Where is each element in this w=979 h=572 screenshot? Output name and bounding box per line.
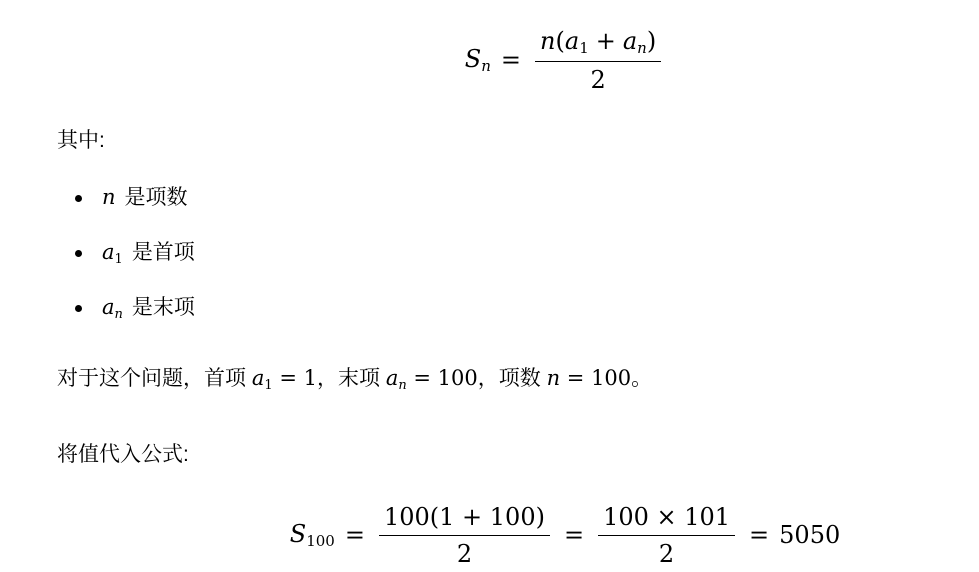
given-text-3: ，项数 xyxy=(478,367,547,390)
definitions-list: n是项数 a1是首项 an是末项 xyxy=(0,186,979,318)
bullet-text: 是项数 xyxy=(125,186,188,209)
math-var: a xyxy=(102,295,115,319)
bullet-icon xyxy=(75,195,82,202)
fraction-1: 100(1 + 100) 2 xyxy=(379,503,550,568)
fraction-2-denominator: 2 xyxy=(659,536,674,568)
fraction-2: 100 × 101 2 xyxy=(598,503,735,568)
math-value-1: = 1 xyxy=(273,366,317,390)
fraction-numerator: n(a1+an) xyxy=(535,27,661,62)
open-paren: ( xyxy=(556,27,565,55)
math-S: S xyxy=(465,45,481,73)
math-value-2: = 100 xyxy=(407,366,478,390)
math-var: a xyxy=(102,240,115,264)
given-text-2: ，末项 xyxy=(317,367,386,390)
equals-sign-3: = xyxy=(749,521,769,549)
bullet-text: 是首项 xyxy=(132,241,195,264)
fraction-1-numerator: 100(1 + 100) xyxy=(379,503,550,536)
math-result: 5050 xyxy=(779,521,840,549)
math-var: n xyxy=(102,185,116,209)
math-S-subscript: n xyxy=(481,57,491,75)
math-a-subscript-1: 1 xyxy=(264,378,272,393)
math-lhs: Sn xyxy=(465,45,491,75)
math-var-subscript: n xyxy=(115,307,123,322)
math-a-subscript-1: 1 xyxy=(579,39,589,57)
given-statement: 对于这个问题，首项 a1 = 1，末项 an = 100，项数 n = 100。 xyxy=(57,365,979,399)
math-n: n xyxy=(547,366,561,390)
fraction-1-denominator: 2 xyxy=(457,536,472,568)
given-text-1: 对于这个问题，首项 xyxy=(57,367,252,390)
math-lhs: S100 xyxy=(290,520,335,550)
math-value-3: = 100 xyxy=(560,366,631,390)
document: Sn = n(a1+an) 2 其中: n是项数 a1是首项 an是末项 对于这… xyxy=(0,25,979,571)
bullet-text: 是末项 xyxy=(132,296,195,319)
equals-sign-1: = xyxy=(345,521,365,549)
math-a2: a xyxy=(623,27,637,55)
math-n: n xyxy=(540,27,555,55)
math-a-subscript-n: n xyxy=(398,378,406,393)
close-paren: ) xyxy=(647,27,656,55)
substitute-label: 将值代入公式: xyxy=(57,444,979,466)
plus-sign: + xyxy=(596,27,616,55)
math-S-subscript-100: 100 xyxy=(306,532,335,550)
math-a: a xyxy=(252,366,265,390)
bullet-icon xyxy=(75,250,82,257)
math-var-subscript: 1 xyxy=(115,252,123,267)
fraction-denominator: 2 xyxy=(590,62,605,94)
fraction-2-numerator: 100 × 101 xyxy=(598,503,735,536)
list-item-a1: a1是首项 xyxy=(75,241,979,263)
math-a: a xyxy=(565,27,579,55)
fraction: n(a1+an) 2 xyxy=(535,27,661,94)
math-a-subscript-n: n xyxy=(637,39,647,57)
list-item-an: an是末项 xyxy=(75,296,979,318)
where-label: 其中: xyxy=(57,130,979,152)
bullet-icon xyxy=(75,305,82,312)
formula-sum-general: Sn = n(a1+an) 2 xyxy=(0,25,979,95)
formula-substituted: S100 = 100(1 + 100) 2 = 100 × 101 2 = 50… xyxy=(0,499,979,571)
equals-sign: = xyxy=(501,46,521,74)
math-a2: a xyxy=(386,366,399,390)
list-item-n: n是项数 xyxy=(75,186,979,208)
given-text-4: 。 xyxy=(631,367,652,390)
math-S: S xyxy=(290,520,306,548)
equals-sign-2: = xyxy=(564,521,584,549)
